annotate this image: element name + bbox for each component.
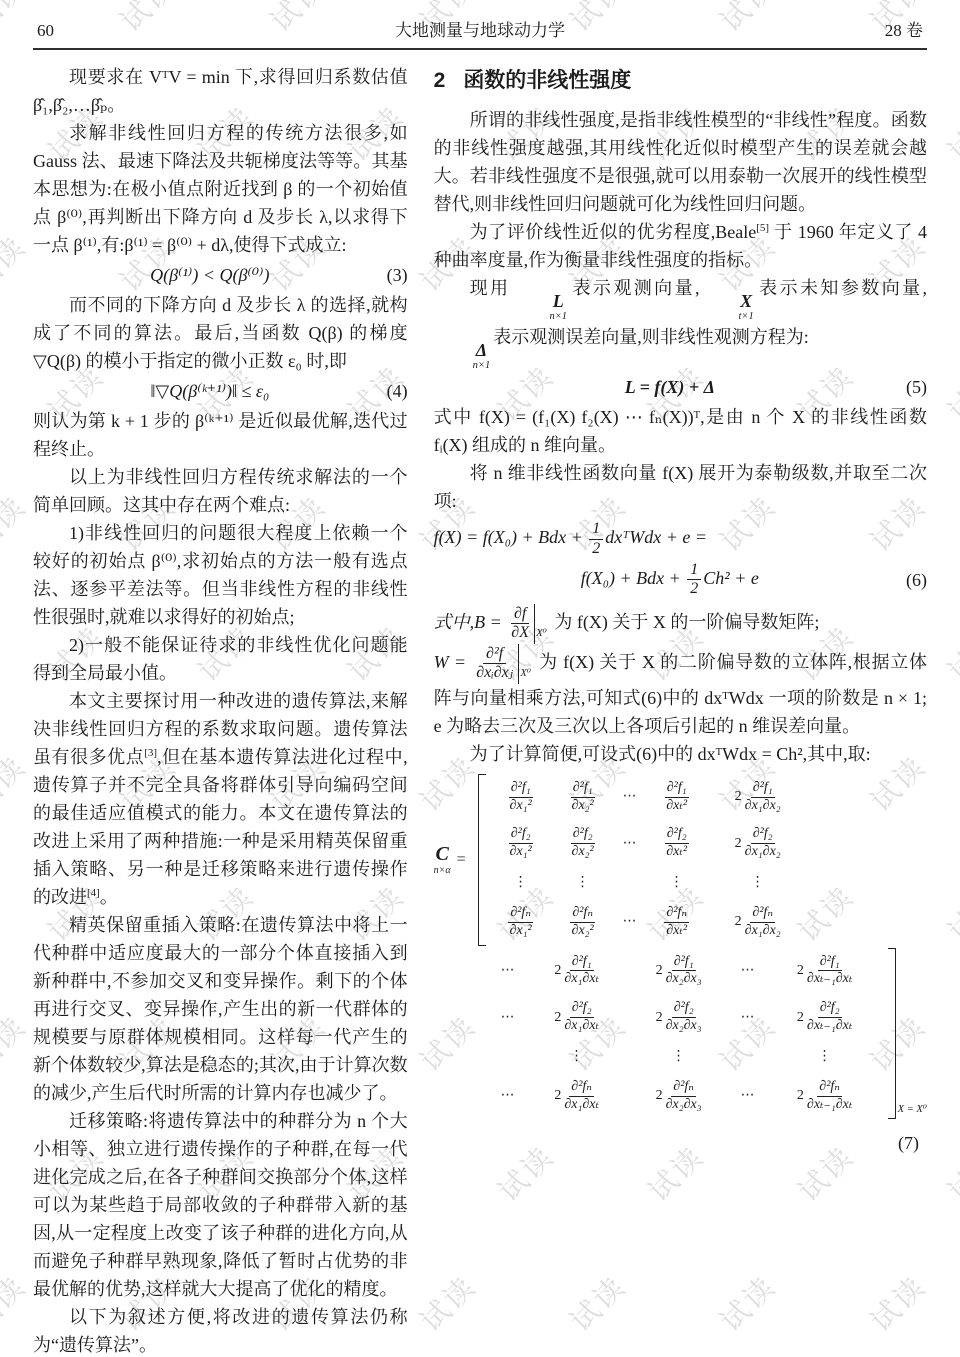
matrix-cell: ⋮ [552, 869, 614, 897]
matrix-cell: 2∂²fₙ∂x₁∂xₜ [526, 1079, 628, 1114]
equation-4: ‖▽Q(β⁽ᵏ⁺¹⁾)‖ ≤ ε₀ (4) [33, 377, 408, 405]
matrix-cell: ∂²fₙ∂x₂² [552, 905, 614, 940]
matrix-cell: ∂²fₙ∂xₜ² [646, 905, 708, 940]
matrix-lhs: Cn×α = [434, 774, 472, 946]
matrix-cell: 2∂²f₂∂x₁∂xₜ [526, 1000, 628, 1035]
equation-6: f(X) = f(X₀) + Bdx + 12dxᵀWdx + e = f(X₀… [434, 520, 927, 599]
vector-L-with-dimension: Ln×1 [513, 292, 567, 323]
matrix-cell: ⋯ [614, 830, 646, 858]
matrix-cell: 2∂²f₁∂x₁∂x₂ [708, 780, 808, 815]
volume-label: 28 卷 [843, 16, 923, 41]
paragraph: 1)非线性回归的问题很大程度上依赖一个较好的初始点 β⁽⁰⁾,求初始点的方法一般… [33, 519, 408, 631]
equation-7-matrix: Cn×α = ∂²f₁∂x₁²∂²f₁∂x₂²⋯∂²f₁∂xₜ²2∂²f₁∂x₁… [434, 774, 927, 1158]
paragraph: 2)一般不能保证待求的非线性优化问题能得到全局最小值。 [33, 631, 408, 687]
paragraph: 式中 f(X) = (f₁(X) f₂(X) ⋯ fₙ(X))ᵀ,是由 n 个 … [434, 403, 927, 459]
paragraph: 所谓的非线性强度,是指非线性模型的“非线性”程度。函数的非线性强度越强,其用线性… [434, 106, 927, 218]
journal-page: 60 大地测量与地球动力学 28 卷 现要求在 VᵀV = min 下,求得回归… [0, 0, 960, 1357]
text-segment: 表示未知参数向量, [757, 278, 927, 298]
equation-number: (3) [387, 261, 408, 289]
equation-5: L = f(X) + Δ (5) [434, 373, 927, 401]
two-column-body: 现要求在 VᵀV = min 下,求得回归系数估值 β̂₁,β̂₂,…β̂ₚ。 … [33, 63, 927, 1357]
journal-title: 大地测量与地球动力学 [117, 16, 843, 41]
equation-number: (6) [906, 566, 927, 594]
paragraph: 将 n 维非线性函数向量 f(X) 展开为泰勒级数,并取至二次项: [434, 459, 927, 515]
matrix-cell: ∂²f₁∂x₂² [552, 780, 614, 815]
matrix-cell: 2∂²f₂∂xₜ₋₁∂xₜ [766, 1000, 884, 1035]
fraction-d2f-dxidxj: ∂²f∂xᵢ∂xⱼ [473, 645, 516, 683]
matrix-row: ∂²f₂∂x₁²∂²f₂∂x₂²⋯∂²f₂∂xₜ²2∂²f₂∂x₁∂x₂ [490, 826, 808, 861]
matrix-left-bracket [478, 774, 486, 946]
paragraph: 精英保留重插入策略:在遗传算法中将上一代种群中适应度最大的一部分个体直接插入到新… [33, 911, 408, 1107]
text-segment: 现用 [470, 278, 511, 298]
equation-6-line-1: f(X) = f(X₀) + Bdx + 12dxᵀWdx + e = [434, 520, 927, 558]
paragraph-with-citation: 为了评价线性近似的优劣程度,Beale[5] 于 1960 年定义了 4 种曲率… [434, 218, 927, 274]
matrix-cell: 2∂²fₙ∂x₁∂x₂ [708, 905, 808, 940]
matrix-cell: ⋮ [628, 1043, 730, 1071]
matrix-cell: ⋮ [766, 1043, 884, 1071]
citation-3: [3] [144, 747, 157, 759]
text-segment: 表示观测向量, [570, 278, 699, 298]
equation-body: Q(β⁽¹⁾) < Q(β⁽⁰⁾) [33, 261, 387, 289]
section-title: 函数的非线性强度 [463, 69, 631, 92]
paragraph: 现要求在 VᵀV = min 下,求得回归系数估值 β̂₁,β̂₂,…β̂ₚ。 [33, 63, 408, 119]
text-segment: 。 [100, 887, 118, 907]
text-segment: 为了评价线性近似的优劣程度,Beale [470, 222, 757, 242]
fraction-one-half: 12 [589, 520, 603, 558]
matrix-cell: ⋯ [730, 1004, 766, 1032]
matrix-cell: 2∂²f₂∂x₁∂x₂ [708, 826, 808, 861]
matrix-cell: 2∂²f₁∂x₁∂xₜ [526, 954, 628, 989]
text-segment: 表示观测误差向量,则非线性观测方程为: [493, 327, 809, 347]
matrix-cell: 2∂²fₙ∂x₂∂x₃ [628, 1079, 730, 1114]
matrix-cell: ⋯ [730, 1082, 766, 1110]
equation-6-line-2: f(X₀) + Bdx + 12Ch² + e (6) [434, 561, 927, 599]
vector-X-with-dimension: Xt×1 [703, 292, 754, 323]
paragraph-vector-notation: 现用Ln×1表示观测向量,Xt×1表示未知参数向量,Δn×1表示观测误差向量,则… [434, 274, 927, 371]
matrix-cell: ∂²f₁∂xₜ² [646, 780, 708, 815]
matrix-cell: ∂²f₁∂x₁² [490, 780, 552, 815]
matrix-cell: 2∂²f₁∂x₂∂x₃ [628, 954, 730, 989]
matrix-cell: ⋯ [490, 1004, 526, 1032]
paragraph: 而不同的下降方向 d 及步长 λ 的选择,就构成了不同的算法。最后,当函数 Q(… [33, 291, 408, 375]
matrix-cell: ⋮ [526, 1043, 628, 1071]
fraction-df-dX: ∂f∂X [508, 605, 532, 643]
evaluated-at-bar: X⁰ [518, 644, 531, 684]
matrix-cell: ∂²f₂∂x₂² [552, 826, 614, 861]
matrix-cell: 2∂²f₁∂xₜ₋₁∂xₜ [766, 954, 884, 989]
page-header: 60 大地测量与地球动力学 28 卷 [33, 0, 927, 48]
paragraph: 求解非线性回归方程的传统方法很多,如 Gauss 法、最速下降法及共轭梯度法等等… [33, 119, 408, 259]
fraction-one-half: 12 [687, 561, 701, 599]
equation-number: (5) [906, 373, 927, 401]
matrix-cell: 2∂²fₙ∂xₜ₋₁∂xₜ [766, 1079, 884, 1114]
matrix-bottom-block: ⋯2∂²f₁∂x₁∂xₜ2∂²f₁∂x₂∂x₃⋯2∂²f₁∂xₜ₋₁∂xₜ⋯2∂… [486, 948, 888, 1120]
matrix-cell: ⋮ [646, 869, 708, 897]
matrix-cell: 2∂²f₂∂x₂∂x₃ [628, 1000, 730, 1035]
matrix-cell: ⋯ [614, 783, 646, 811]
paragraph: 迁移策略:将遗传算法中的种群分为 n 个大小相等、独立进行遗传操作的子种群,在每… [33, 1107, 408, 1303]
paragraph: 以上为非线性回归方程传统求解法的一个简单回顾。这其中存在两个难点: [33, 463, 408, 519]
equation-body: L = f(X) + Δ [434, 373, 906, 401]
equation-3: Q(β⁽¹⁾) < Q(β⁽⁰⁾) (3) [33, 261, 408, 289]
section-heading: 2函数的非线性强度 [434, 67, 927, 94]
matrix-right-bracket [888, 948, 896, 1120]
matrix-cell: ∂²f₂∂x₁² [490, 826, 552, 861]
right-column: 2函数的非线性强度 所谓的非线性强度,是指非线性模型的“非线性”程度。函数的非线… [434, 63, 927, 1357]
matrix-cell: ⋮ [708, 869, 808, 897]
matrix-row: ∂²f₁∂x₁²∂²f₁∂x₂²⋯∂²f₁∂xₜ²2∂²f₁∂x₁∂x₂ [490, 780, 808, 815]
matrix-cell: ∂²f₂∂xₜ² [646, 826, 708, 861]
matrix-cell: ⋯ [490, 1082, 526, 1110]
equation-number: (4) [387, 377, 408, 405]
matrix-row: ⋮⋮⋮ [490, 1043, 884, 1071]
paragraph: 则认为第 k + 1 步的 β⁽ᵏ⁺¹⁾ 是近似最优解,迭代过程终止。 [33, 407, 408, 463]
matrix-cell: ⋯ [490, 957, 526, 985]
evaluated-at-bar: X⁰ [534, 604, 547, 644]
matrix-row: ⋯2∂²fₙ∂x₁∂xₜ2∂²fₙ∂x₂∂x₃⋯2∂²fₙ∂xₜ₋₁∂xₜ [490, 1079, 884, 1114]
paragraph-with-citations: 本文主要探讨用一种改进的遗传算法,来解决非线性回归方程的系数求取问题。遗传算法虽… [33, 687, 408, 911]
matrix-row: ⋮⋮⋮⋮ [490, 869, 808, 897]
matrix-row: ∂²fₙ∂x₁²∂²fₙ∂x₂²⋯∂²fₙ∂xₜ²2∂²fₙ∂x₁∂x₂ [490, 905, 808, 940]
citation-4: [4] [87, 887, 100, 899]
paragraph: 以下为叙述方便,将改进的遗传算法仍称为“遗传算法”。 [33, 1303, 408, 1357]
matrix-cell: ⋯ [614, 908, 646, 936]
section-number: 2 [434, 69, 446, 92]
matrix-cell: ∂²fₙ∂x₁² [490, 905, 552, 940]
matrix-row: ⋯2∂²f₂∂x₁∂xₜ2∂²f₂∂x₂∂x₃⋯2∂²f₂∂xₜ₋₁∂xₜ [490, 1000, 884, 1035]
matrix-top-block: ∂²f₁∂x₁²∂²f₁∂x₂²⋯∂²f₁∂xₜ²2∂²f₁∂x₁∂x₂∂²f₂… [486, 774, 812, 946]
citation-5: [5] [756, 222, 769, 234]
text-segment: ,但在基本遗传算法进化过程中,遗传算子并不完全具备将群体引导向编码空间的最佳适应… [33, 747, 408, 907]
vector-Delta-with-dimension: Δn×1 [437, 341, 491, 372]
equation-number: (7) [434, 1129, 919, 1157]
matrix-cell: ⋯ [730, 957, 766, 985]
matrix-eval-subscript: X = X⁰ [898, 1096, 927, 1124]
left-column: 现要求在 VᵀV = min 下,求得回归系数估值 β̂₁,β̂₂,…β̂ₚ。 … [33, 63, 408, 1357]
paragraph-b-definition: 式中,B = ∂f∂XX⁰ 为 f(X) 关于 X 的一阶偏导数矩阵; [434, 604, 927, 644]
paragraph-w-definition: W = ∂²f∂xᵢ∂xⱼX⁰ 为 f(X) 关于 X 的二阶偏导数的立体阵,根… [434, 644, 927, 740]
header-rule [33, 48, 927, 50]
page-number: 60 [37, 21, 117, 41]
equation-body: ‖▽Q(β⁽ᵏ⁺¹⁾)‖ ≤ ε₀ [33, 377, 387, 405]
matrix-cell: ⋮ [490, 869, 552, 897]
paragraph: 为了计算简便,可设式(6)中的 dxᵀWdx = Ch²,其中,取: [434, 740, 927, 768]
matrix-row: ⋯2∂²f₁∂x₁∂xₜ2∂²f₁∂x₂∂x₃⋯2∂²f₁∂xₜ₋₁∂xₜ [490, 954, 884, 989]
